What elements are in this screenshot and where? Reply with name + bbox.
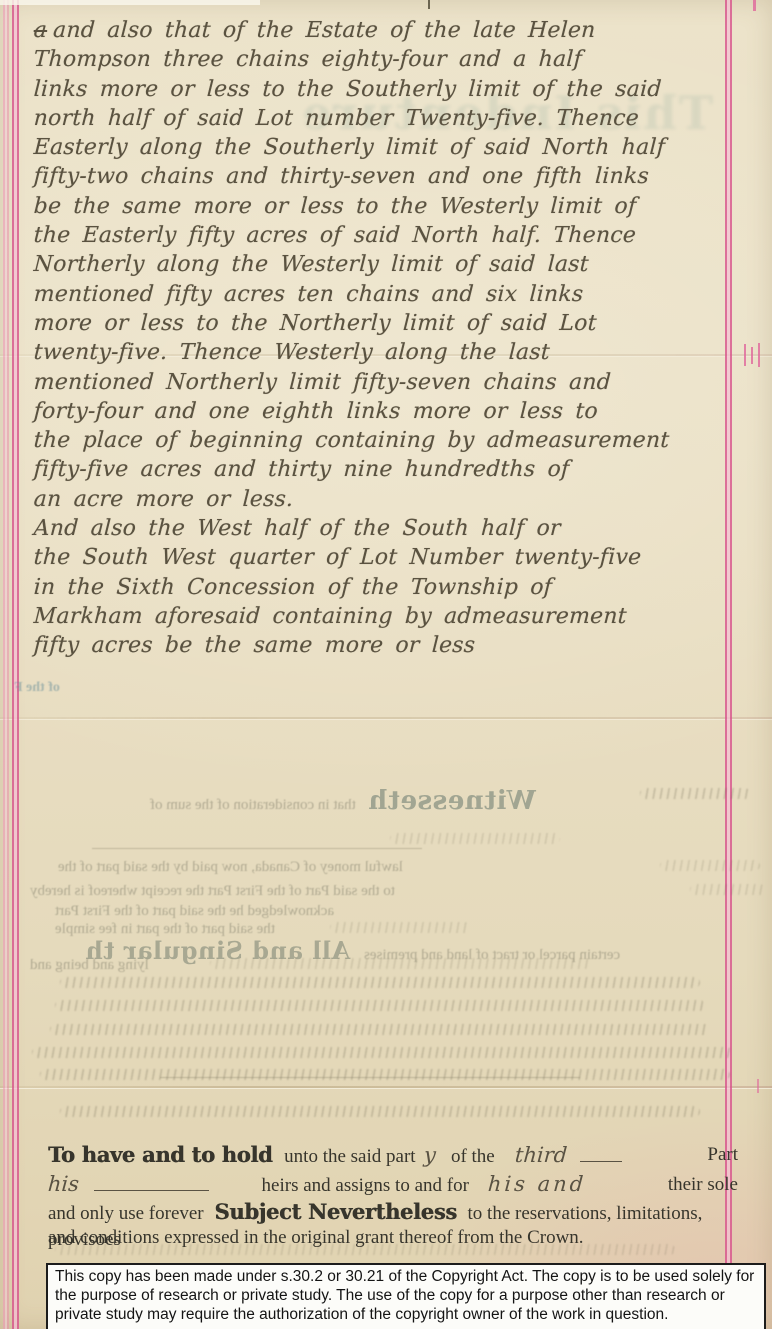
handwritten-insert-y: y <box>423 1143 437 1167</box>
handwritten-insert-his-and: his and <box>487 1172 587 1196</box>
fold-crease-middle <box>0 717 772 720</box>
paper-edge-highlight <box>0 0 260 5</box>
bleedthrough-handwriting <box>60 977 700 988</box>
handwriting-line: Markham aforesaid containing by admeasur… <box>33 602 755 631</box>
bleedthrough-form-line: lawful money of Canada, now paid by the … <box>58 858 403 876</box>
bleedthrough-form-line: to the said Part of the First Part the r… <box>30 882 395 900</box>
bleedthrough-handwriting <box>210 958 590 969</box>
filled-rule <box>580 1147 622 1162</box>
handwriting-line: fifty-five acres and thirty nine hundred… <box>33 455 755 484</box>
left-margin-outer-rule <box>3 0 9 1329</box>
bleedthrough-form-line: acknowledged he the said part of the Fir… <box>55 902 334 920</box>
printed-habendum-line2: his heirs and assigns to and for his and… <box>48 1172 742 1199</box>
gothic-to-have-and-to-hold: To have and to hold <box>48 1142 272 1167</box>
handwriting-line: aand also that of the Estate of the late… <box>33 16 755 45</box>
deed-scan-page: This Indenture aand also that of the Est… <box>0 0 772 1329</box>
fold-crease-bottom <box>0 1086 772 1089</box>
handwriting-line: And also the West half of the South half… <box>33 514 755 543</box>
copyright-notice-box: This copy has been made under s.30.2 or … <box>46 1263 766 1329</box>
handwriting-line: links more or less to the Southerly limi… <box>33 75 755 104</box>
handwriting-line: fifty-two chains and thirty-seven and on… <box>33 162 755 191</box>
handwriting-line: Northerly along the Westerly limit of sa… <box>33 250 755 279</box>
printed-text: unto the said part <box>284 1146 415 1167</box>
bleedthrough-handwriting <box>50 1024 710 1035</box>
left-margin-rule <box>12 0 19 1329</box>
handwriting-line: north half of said Lot number Twenty-fiv… <box>33 104 755 133</box>
printed-habendum-line4: and conditions expressed in the original… <box>48 1225 742 1251</box>
handwritten-insert-his: his <box>47 1172 80 1196</box>
gothic-subject-nevertheless: Subject Nevertheless <box>214 1199 456 1224</box>
handwriting-line: fifty acres be the same more or less <box>33 631 755 660</box>
handwriting-line: mentioned fifty acres ten chains and six… <box>33 280 755 309</box>
handwriting-line: mentioned Northerly limit fifty-seven ch… <box>33 368 755 397</box>
handwriting-line: the place of beginning containing by adm… <box>33 426 755 455</box>
handwriting-line: Thompson three chains eighty-four and a … <box>33 45 755 74</box>
bleedthrough-witnesseth-line: that in consideration of the sum of Witn… <box>150 786 536 816</box>
handwriting-line: the Easterly fifty acres of said North h… <box>33 221 755 250</box>
bleedthrough-handwriting <box>390 833 560 844</box>
bleedthrough-text: that in consideration of the sum of <box>150 797 356 814</box>
printed-text-their-sole: their sole <box>668 1172 738 1198</box>
handwriting-line: an acre more or less. <box>33 485 755 514</box>
printed-text-part: Part <box>707 1142 738 1168</box>
pink-tick <box>753 0 756 11</box>
bleedthrough-fragment: of the F <box>14 680 60 696</box>
bleedthrough-handwriting <box>640 788 750 799</box>
printed-text: and only use forever <box>48 1203 204 1224</box>
printed-text: of the <box>451 1146 495 1167</box>
bleedthrough-allsingular-line: All and Singular th certain parcel or tr… <box>85 936 620 965</box>
handwriting-line: Easterly along the Southerly limit of sa… <box>33 133 755 162</box>
pink-tick <box>758 343 760 367</box>
bleedthrough-gothic-word: Witnesseth <box>368 786 536 816</box>
bleedthrough-handwriting <box>55 1000 705 1011</box>
bleedthrough-handwriting <box>32 1047 732 1058</box>
handwriting-line: more or less to the Northerly limit of s… <box>33 309 755 338</box>
handwriting-line: be the same more or less to the Westerly… <box>33 192 755 221</box>
bleedthrough-pen-line <box>92 848 422 849</box>
struck-out-word: a <box>33 18 48 43</box>
bleedthrough-form-line: the said part of the part in fee simple <box>55 920 275 938</box>
copyright-notice-text: This copy has been made under s.30.2 or … <box>55 1268 754 1323</box>
handwritten-insert-third: third <box>515 1143 569 1167</box>
bleedthrough-handwriting <box>660 860 760 871</box>
printed-habendum-line1: To have and to hold unto the said part y… <box>48 1142 742 1170</box>
pink-tick <box>757 1079 759 1093</box>
bleedthrough-handwriting <box>330 922 470 933</box>
handwriting-line: in the Sixth Concession of the Township … <box>33 573 755 602</box>
handwritten-deed-body: aand also that of the Estate of the late… <box>33 16 753 661</box>
bleedthrough-gothic-word: All and Singular th <box>85 936 350 965</box>
bleedthrough-handwriting <box>60 1106 700 1117</box>
filled-rule <box>94 1176 209 1191</box>
bleedthrough-pen-line <box>160 1077 580 1078</box>
printed-text: heirs and assigns to and for <box>262 1175 469 1196</box>
handwriting-line: forty-four and one eighth links more or … <box>33 397 755 426</box>
handwriting-line: the South West quarter of Lot Number twe… <box>33 543 755 572</box>
ink-mark <box>428 0 430 9</box>
handwriting-line: twenty-five. Thence Westerly along the l… <box>33 338 755 367</box>
bleedthrough-form-line: lying and being and <box>30 956 149 974</box>
printed-text: and conditions expressed in the original… <box>48 1227 584 1248</box>
